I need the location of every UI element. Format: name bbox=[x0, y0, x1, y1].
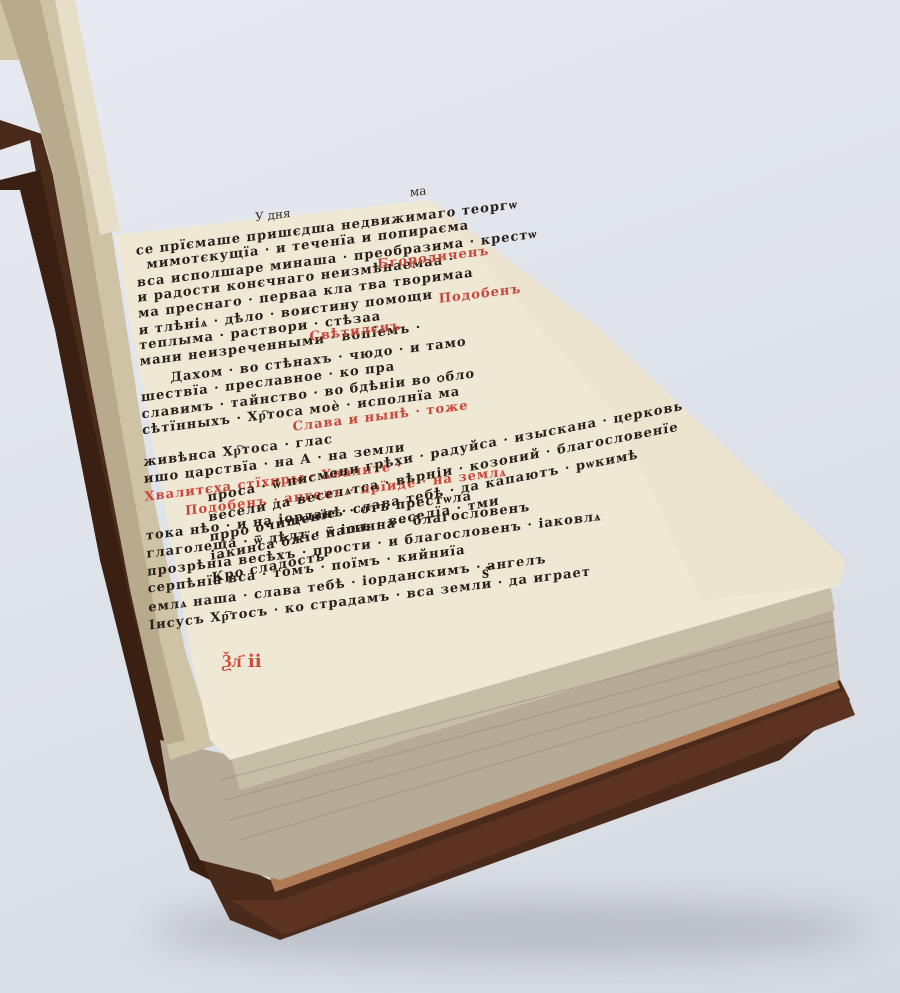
quire-mark: Ѯл҃ ii bbox=[222, 655, 262, 669]
photo-scene: У дня ма се прїємаше пришєдша недвижимаг… bbox=[0, 0, 900, 993]
page-header-left: У дня bbox=[255, 206, 291, 224]
catchword: ѕ҃ bbox=[482, 562, 489, 583]
page-number: ма bbox=[410, 183, 427, 199]
rubric-line: Подобенъ bbox=[438, 282, 521, 307]
